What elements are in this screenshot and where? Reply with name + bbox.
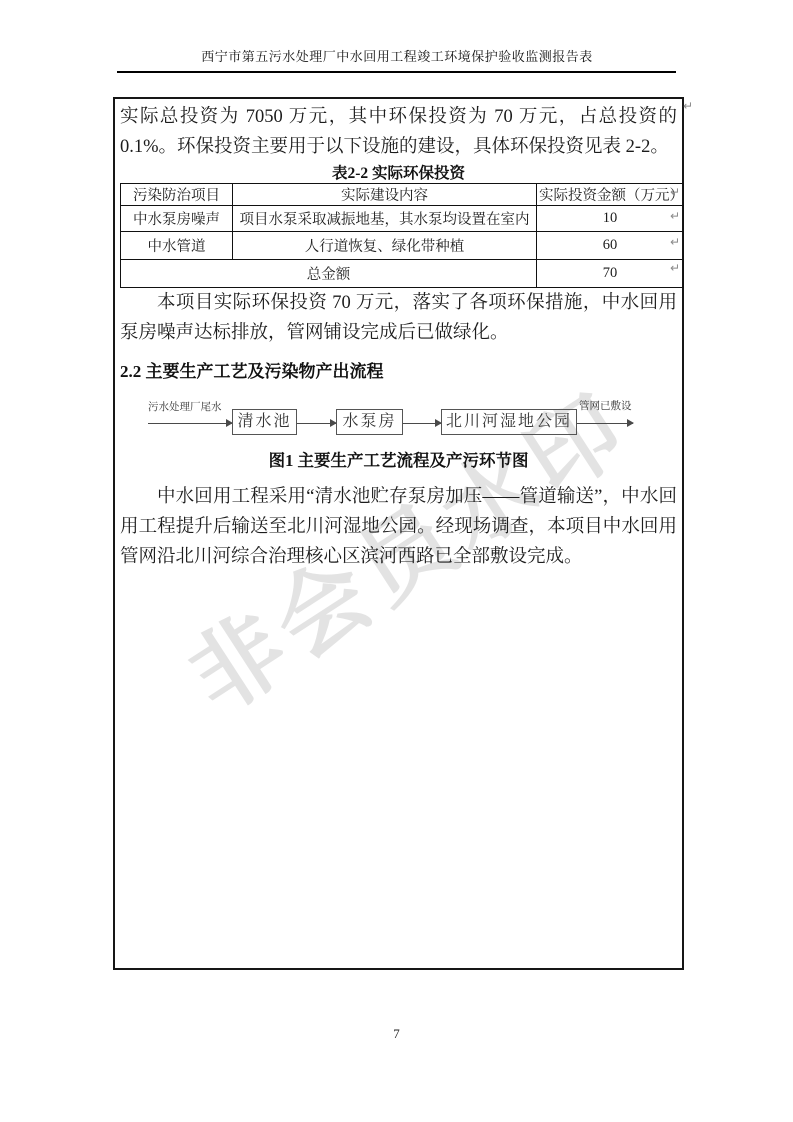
table-cell-project: 中水管道 (121, 232, 233, 260)
table-header-project: 污染防治项目 (121, 184, 233, 206)
flow-box-clear-water-pool: 清水池 (232, 409, 297, 435)
table-row: 中水泵房噪声 项目水泵采取减振地基，其水泵均设置在室内 10 (121, 206, 684, 232)
paragraph-measures: 本项目实际环保投资 70 万元，落实了各项环保措施，中水回用泵房噪声达标排放，管… (120, 288, 677, 348)
table-row: 中水管道 人行道恢复、绿化带种植 60 (121, 232, 684, 260)
flow-arrow-icon (577, 423, 633, 424)
table-cell-amount: 10 (537, 206, 684, 232)
flow-arrow-icon (148, 423, 232, 424)
page-number: 7 (0, 1026, 793, 1042)
flow-arrow-icon (297, 423, 336, 424)
flow-arrow-icon (403, 423, 441, 424)
flow-box-wetland-park: 北川河湿地公园 (441, 409, 577, 435)
header-divider (117, 71, 676, 73)
table-title: 表2-2 实际环保投资 (120, 164, 677, 183)
document-page: { "page": { "header_title": "西宁市第五污水处理厂中… (0, 0, 793, 1122)
return-mark: ↵ (670, 262, 680, 274)
return-mark: ↵ (670, 236, 680, 248)
table-cell-project: 中水泵房噪声 (121, 206, 233, 232)
page-header-title: 西宁市第五污水处理厂中水回用工程竣工环境保护验收监测报告表 (117, 46, 677, 65)
table-header-row: 污染防治项目 实际建设内容 实际投资金额（万元） (121, 184, 684, 206)
table-total-row: 总金额 70 (121, 260, 684, 288)
investment-table: 污染防治项目 实际建设内容 实际投资金额（万元） 中水泵房噪声 项目水泵采取减振… (120, 183, 684, 288)
table-total-label: 总金额 (121, 260, 537, 288)
return-mark: ↵ (670, 186, 680, 198)
return-mark: ↵ (670, 210, 680, 222)
paragraph-pipeline-description: 中水回用工程采用“清水池贮存泵房加压——管道输送”，中水回用工程提升后输送至北川… (120, 482, 677, 572)
figure-1-caption: 图1 主要生产工艺流程及产污环节图 (120, 451, 677, 471)
paragraph-investment-summary: 实际总投资为 7050 万元，其中环保投资为 70 万元，占总投资的 0.1%。… (120, 102, 677, 162)
flow-output-label: 管网已敷设 (579, 401, 632, 412)
table-header-content: 实际建设内容 (233, 184, 537, 206)
table-total-value: 70 (537, 260, 684, 288)
return-mark: ↵ (683, 100, 693, 112)
process-flow-diagram: 污水处理厂尾水 清水池 水泵房 北川河湿地公园 管网已敷设 (120, 396, 677, 441)
content-frame: 实际总投资为 7050 万元，其中环保投资为 70 万元，占总投资的 0.1%。… (113, 97, 684, 970)
table-cell-content: 人行道恢复、绿化带种植 (233, 232, 537, 260)
table-cell-content: 项目水泵采取减振地基，其水泵均设置在室内 (233, 206, 537, 232)
table-cell-amount: 60 (537, 232, 684, 260)
flow-input-label: 污水处理厂尾水 (148, 402, 222, 413)
table-header-amount: 实际投资金额（万元） (537, 184, 684, 206)
flow-box-pump-house: 水泵房 (336, 409, 403, 435)
section-heading-2-2: 2.2 主要生产工艺及污染物产出流程 (120, 361, 677, 383)
